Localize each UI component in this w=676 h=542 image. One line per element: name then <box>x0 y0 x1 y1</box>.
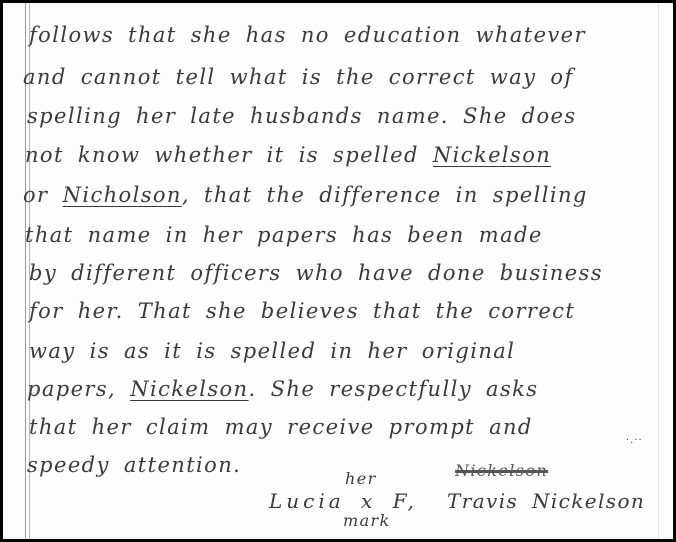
signature-first: Lucia <box>269 489 345 513</box>
signature-first-name: Lucia x F, <box>269 489 418 513</box>
signature-mark-x: x <box>361 489 376 513</box>
signature-middle: F, <box>393 489 418 513</box>
handwritten-line-6: that name in her papers has been made <box>25 223 543 247</box>
underlined-name: Nickelson <box>130 377 248 401</box>
underlined-name: Nicholson <box>63 183 182 207</box>
handwritten-line-7: by different officers who have done busi… <box>29 261 603 285</box>
underlined-name: Nickelson <box>433 143 551 167</box>
handwritten-line-4: not know whether it is spelled Nickelson <box>25 143 551 167</box>
handwritten-line-8: for her. That she believes that the corr… <box>29 299 575 323</box>
handwritten-line-11: that her claim may receive prompt and <box>29 415 533 439</box>
line-text: or <box>23 183 63 207</box>
corner-marks: ·.·· <box>626 435 643 446</box>
signature-surname: Travis Nickelson <box>447 489 645 513</box>
line-text: , that the difference in spelling <box>182 183 588 207</box>
document-page: follows that she has no education whatev… <box>0 0 676 542</box>
handwritten-line-3: spelling her late husbands name. She doe… <box>27 104 577 128</box>
handwritten-line-1: follows that she has no education whatev… <box>29 23 586 47</box>
signature-mark-label: mark <box>343 511 391 530</box>
handwritten-line-12: speedy attention. <box>27 453 241 477</box>
handwritten-line-10: papers, Nickelson. She respectfully asks <box>27 377 538 401</box>
handwritten-line-9: way is as it is spelled in her original <box>29 339 515 363</box>
handwritten-line-2: and cannot tell what is the correct way … <box>23 65 574 89</box>
margin-line-right <box>658 3 659 539</box>
signature-her-label: her <box>345 469 377 488</box>
struck-out-name: Nickelson <box>455 461 548 480</box>
line-text: papers, <box>27 377 130 401</box>
handwritten-line-5: or Nicholson, that the difference in spe… <box>23 183 588 207</box>
line-text: not know whether it is spelled <box>25 143 433 167</box>
line-text: . She respectfully asks <box>248 377 538 401</box>
